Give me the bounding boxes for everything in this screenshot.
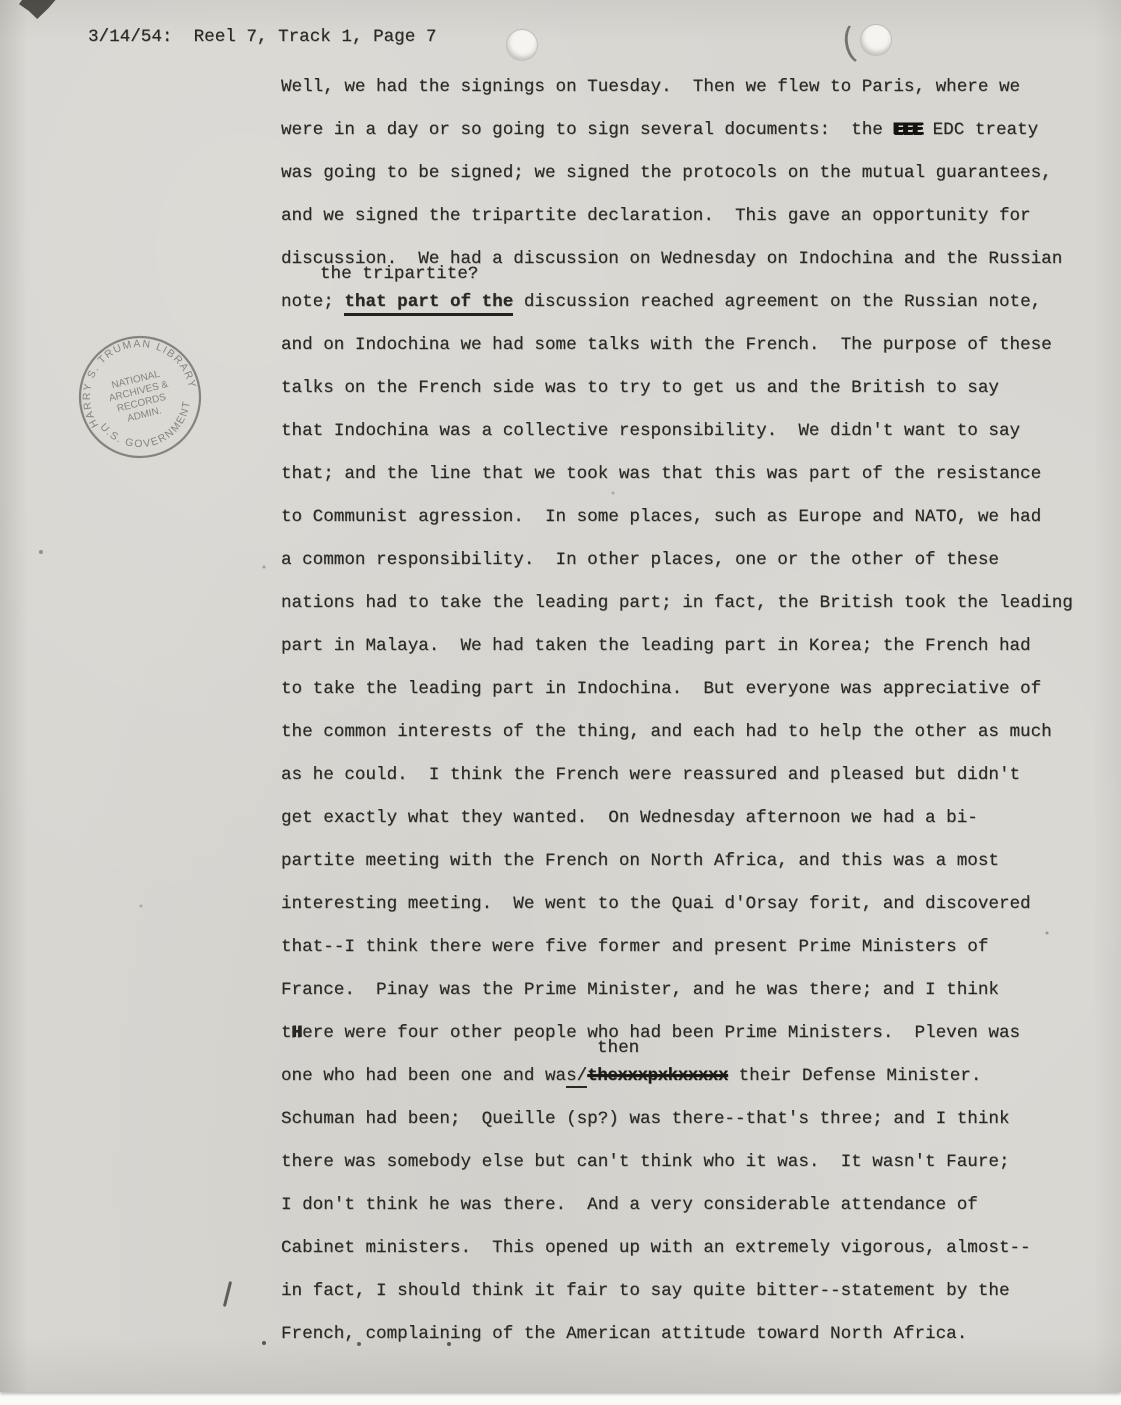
typed-text: Well, we had the signings on Tuesday. Th… [281,77,1020,97]
typed-text: and we signed the tripartite declaration… [281,206,1031,226]
typed-text: one who had been one and wa [281,1066,566,1086]
typed-text: and on Indochina we had some talks with … [281,335,1052,355]
typed-text: that--I think there were five former and… [281,937,988,957]
typed-text: as he could. I think the French were rea… [281,765,1020,785]
typed-line: the common interests of the thing, and e… [281,711,1091,754]
typed-text: partite meeting with the French on North… [281,851,999,871]
typed-line: was going to be signed; we signed the pr… [281,152,1091,195]
typed-line: France. Pinay was the Prime Minister, an… [281,969,1091,1012]
typed-line: and on Indochina we had some talks with … [281,324,1091,367]
hole-punch-left [507,30,537,60]
typed-line: talks on the French side was to try to g… [281,367,1091,410]
typed-line: there was somebody else but can't think … [281,1141,1091,1184]
typed-line: that; and the line that we took was that… [281,453,1091,496]
typed-line: interesting meeting. We went to the Quai… [281,883,1091,926]
typed-line: I don't think he was there. And a very c… [281,1184,1091,1227]
typed-text: in fact, I should think it fair to say q… [281,1281,1010,1301]
paper-specks [0,0,2,2]
typed-line: tHere were four other people who had bee… [281,1012,1091,1055]
typed-text: France. Pinay was the Prime Minister, an… [281,980,999,1000]
typed-text: ere were four other people who had been … [302,1023,1020,1043]
typed-line: that--I think there were five former and… [281,926,1091,969]
typed-text: the common interests of the thing, and e… [281,722,1052,742]
typed-line: nations had to take the leading part; in… [281,582,1091,625]
typed-text: to Communist agression. In some places, … [281,507,1041,527]
typed-text: to take the leading part in Indochina. B… [281,679,1041,699]
typed-text: there was somebody else but can't think … [281,1152,1010,1172]
typed-text: interesting meeting. We went to the Quai… [281,894,1031,914]
typed-line: and we signed the tripartite declaration… [281,195,1091,238]
typed-body: Well, we had the signings on Tuesday. Th… [281,66,1091,1356]
typed-text: I don't think he was there. And a very c… [281,1195,978,1215]
typed-text: note; [281,292,344,312]
typed-text: Schuman had been; Queille (sp?) was ther… [281,1109,1010,1129]
typed-text: get exactly what they wanted. On Wednesd… [281,808,978,828]
typed-line: Well, we had the signings on Tuesday. Th… [281,66,1091,109]
typed-line: that Indochina was a collective responsi… [281,410,1091,453]
typed-text: was going to be signed; we signed the pr… [281,163,1052,183]
pen-stroke-mark [223,1281,232,1307]
typed-text: were in a day or so going to sign severa… [281,120,893,140]
typed-line: French, complaining of the American atti… [281,1313,1091,1356]
typed-text: nations had to take the leading part; in… [281,593,1073,613]
page-header: 3/14/54: Reel 7, Track 1, Page 7 [88,27,436,47]
typed-line: part in Malaya. We had taken the leading… [281,625,1091,668]
typed-text: t [281,1023,292,1043]
typed-line: Cabinet ministers. This opened up with a… [281,1227,1091,1270]
document-page: 3/14/54: Reel 7, Track 1, Page 7 HARRY S… [0,0,1121,1392]
typed-line: to Communist agression. In some places, … [281,496,1091,539]
typed-line: get exactly what they wanted. On Wednesd… [281,797,1091,840]
typed-text: that Indochina was a collective responsi… [281,421,1020,441]
interlined-insertion: the tripartite? [320,264,478,284]
typed-line: as he could. I think the French were rea… [281,754,1091,797]
typed-line: the tripartite?note; that part of the di… [281,281,1091,324]
typed-text: a common responsibility. In other places… [281,550,999,570]
archives-stamp: HARRY S. TRUMAN LIBRARY U.S. GOVERNMENT … [49,306,231,488]
underlined-phrase: that part of the [344,292,513,316]
typed-line: partite meeting with the French on North… [281,840,1091,883]
typed-text: talks on the French side was to try to g… [281,378,999,398]
insertion-mark: s/ [566,1066,587,1088]
typed-line: Schuman had been; Queille (sp?) was ther… [281,1098,1091,1141]
typed-line: thenone who had been one and was/thexxxp… [281,1055,1091,1098]
typed-text: part in Malaya. We had taken the leading… [281,636,1031,656]
typed-line: in fact, I should think it fair to say q… [281,1270,1091,1313]
typed-text: EDC treaty [922,120,1038,140]
typed-line: a common responsibility. In other places… [281,539,1091,582]
interlined-insertion: then [597,1038,639,1058]
typed-text: their Defense Minister. [728,1066,981,1086]
typed-line: were in a day or so going to sign severa… [281,109,1091,152]
overtyped-blot: EEE [893,120,922,140]
typed-text: discussion reached agreement on the Russ… [513,292,1041,312]
typed-text: French, complaining of the American atti… [281,1324,967,1344]
struck-out-text: thexxxpxkxxxxx [587,1066,728,1086]
typed-line: to take the leading part in Indochina. B… [281,668,1091,711]
typed-text: Cabinet ministers. This opened up with a… [281,1238,1031,1258]
corner-tear-mark [19,0,57,19]
typed-text: that; and the line that we took was that… [281,464,1041,484]
overtyped-character: H [292,1023,303,1043]
